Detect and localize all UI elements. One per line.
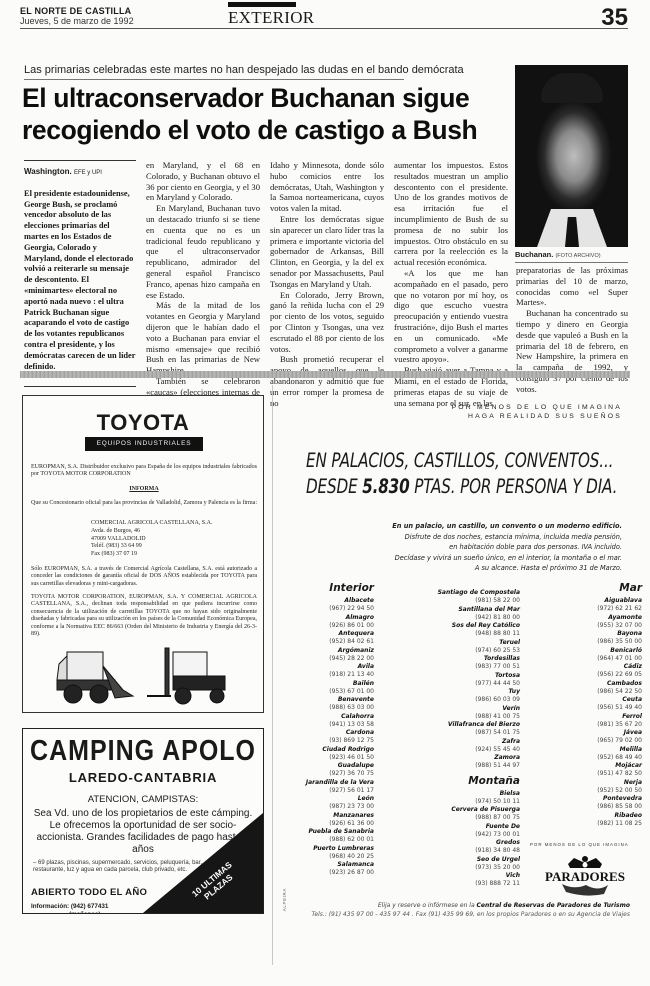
paradores-headline: EN PALACIOS, CASTILLOS, CONVENTOS... DES…: [306, 448, 563, 500]
parador-phone: (982) 11 08 25: [530, 820, 642, 829]
parador-name: Santiago de Compostela: [400, 589, 520, 597]
toyota-disclaimer: TOYOTA MOTOR CORPORATION, EUROPMAN, S.A.…: [31, 594, 257, 638]
paradores-mini-slogan: POR MENOS DE LO QUE IMAGINA: [530, 842, 629, 847]
parador-name: Zafra: [400, 738, 520, 746]
parador-phone: (926) 61 36 00: [290, 820, 374, 829]
parador-name: Puerto Lumbreras: [290, 845, 374, 853]
parador-name: Tortosa: [400, 672, 520, 680]
toyota-warranty: Sólo EUROPMAN, S.A. a través de Comercia…: [31, 566, 257, 588]
parador-phone: (93) 869 12 75: [290, 737, 374, 746]
lead-rule: [24, 386, 136, 387]
camping-features: – 69 plazas, piscinas, supermercado, ser…: [33, 860, 203, 875]
parador-name: Argómaniz: [290, 647, 374, 655]
logo-text: PARADORES: [545, 869, 625, 884]
parador-name: Aiguablava: [530, 597, 642, 605]
parador-name: Teruel: [400, 639, 520, 647]
camping-hours: (mañanas): [31, 911, 108, 914]
parador-name: Cádiz: [530, 663, 642, 671]
parador-phone: (927) 56 01 17: [290, 787, 374, 796]
parador-name: Santillana del Mar: [400, 606, 520, 614]
photo-hair-shape: [541, 73, 603, 103]
buchanan-photo: [515, 65, 628, 247]
parador-phone: (956) 22 69 05: [530, 671, 642, 680]
parador-phone: (974) 50 10 11: [400, 798, 520, 807]
paradores-logo: PARADORES: [544, 854, 626, 896]
parador-items: Santiago de Compostela(981) 58 22 00Sant…: [400, 589, 520, 771]
parador-phone: (942) 73 00 01: [400, 831, 520, 840]
parador-name: Benavente: [290, 696, 374, 704]
parador-name: Cardona: [290, 729, 374, 737]
parador-phone: (981) 35 67 20: [530, 721, 642, 730]
parador-name: Bailén: [290, 680, 374, 688]
parador-name: Bayona: [530, 630, 642, 638]
parador-list-interior-continued: Santiago de Compostela(981) 58 22 00Sant…: [400, 589, 520, 889]
parador-name: Puebla de Sanabria: [290, 828, 374, 836]
parador-phone: (965) 79 02 00: [530, 737, 642, 746]
parador-name: Ayamonte: [530, 614, 642, 622]
parador-phone: (981) 58 22 00: [400, 597, 520, 606]
parador-phone: (93) 888 72 11: [400, 880, 520, 889]
parador-name: Seo de Urgel: [400, 856, 520, 864]
toyota-informa: INFORMA: [31, 486, 257, 493]
photo-caption: Buchanan. (FOTO ARCHIVO): [515, 250, 628, 263]
headline-price: 5.830: [362, 475, 409, 498]
parador-phone: (977) 44 44 50: [400, 680, 520, 689]
slogan-line-2: HAGA REALIDAD SUS SUEÑOS: [452, 412, 622, 421]
parador-name: Manzanares: [290, 812, 374, 820]
parador-name: Tordesillas: [400, 655, 520, 663]
parador-name: Cambados: [530, 680, 642, 688]
parador-name: Ceuta: [530, 696, 642, 704]
parador-name: Vich: [400, 872, 520, 880]
parador-phone: (988) 41 00 75: [400, 713, 520, 722]
parador-phone: (987) 23 73 00: [290, 803, 374, 812]
toyota-tagline: EQUIPOS INDUSTRIALES: [85, 437, 203, 451]
article-paragraph: Bush prometió recuperar el apoyo de aque…: [270, 354, 384, 408]
group-title: Mar: [530, 582, 642, 594]
agency-credit: ALPEIRA: [282, 888, 287, 911]
parador-phone: (986) 54 22 50: [530, 688, 642, 697]
parador-phone: (951) 47 82 50: [530, 770, 642, 779]
footer-pre: Elija y reserve o infórmese en la: [378, 902, 477, 909]
parador-name: Ferrol: [530, 713, 642, 721]
parador-phone: (972) 62 21 62: [530, 605, 642, 614]
dateline: Washington. EFE y UPI: [24, 167, 136, 179]
parador-name: Cervera de Pisuerga: [400, 806, 520, 814]
parador-name: Jarandilla de la Vera: [290, 779, 374, 787]
parador-phone: (964) 47 01 00: [530, 655, 642, 664]
parador-phone: (918) 21 13 40: [290, 671, 374, 680]
body-line-1: En un palacio, un castillo, un convento …: [392, 521, 622, 532]
headline-pre: DESDE: [306, 475, 362, 498]
section-separator: [20, 371, 630, 378]
article-paragraph: preparatorias de las próximas primarias …: [516, 265, 628, 308]
camping-phone: Información: (942) 677431: [31, 903, 108, 911]
parador-name: Benicarló: [530, 647, 642, 655]
forklift-icon: [147, 648, 225, 704]
parador-phone: (942) 81 80 00: [400, 614, 520, 623]
parador-name: Pontevedra: [530, 795, 642, 803]
caption-credit: (FOTO ARCHIVO): [555, 253, 600, 259]
parador-phone: (973) 35 20 00: [400, 864, 520, 873]
slogan-line-1: POR MENOS DE LO QUE IMAGINA: [452, 403, 622, 412]
parador-phone: (988) 87 00 75: [400, 814, 520, 823]
parador-items: Aiguablava(972) 62 21 62Ayamonte(955) 32…: [530, 597, 642, 828]
camping-contact: Información: (942) 677431 (mañanas): [31, 903, 108, 914]
parador-name: Albacete: [290, 597, 374, 605]
parador-phone: (988) 51 44 97: [400, 762, 520, 771]
parador-name: Villafranca del Bierzo: [400, 721, 520, 729]
toyota-logo: TOYOTA: [23, 410, 263, 436]
paradores-footer-line-1: Elija y reserve o infórmese en la Centra…: [378, 902, 630, 909]
dealer-fax: Fax (983) 37 07 19: [91, 551, 251, 559]
parador-name: Bielsa: [400, 790, 520, 798]
paradores-footer-line-2: Tels.: (91) 435 97 00 - 435 97 44 . Fax …: [311, 911, 630, 918]
parador-name: Gredos: [400, 839, 520, 847]
parador-phone: (941) 13 03 58: [290, 721, 374, 730]
body-line-3: en habitación doble para dos personas. I…: [392, 542, 622, 553]
parador-phone: (986) 85 58 00: [530, 803, 642, 812]
parador-name: León: [290, 795, 374, 803]
dealer-street: Avda. de Burgos, 46: [91, 528, 251, 536]
masthead-rule: [20, 28, 628, 29]
group-title: Montaña: [400, 775, 520, 787]
caption-name: Buchanan.: [515, 250, 553, 259]
parador-name: Jávea: [530, 729, 642, 737]
article-paragraph: en Maryland, y el 68 en Colorado, y Buch…: [146, 160, 260, 203]
parador-phone: (986) 35 50 00: [530, 638, 642, 647]
camping-open-all-year: ABIERTO TODO EL AÑO: [31, 887, 147, 898]
parador-phone: (918) 34 80 48: [400, 847, 520, 856]
article-paragraph: Buchanan ha concentrado su tiempo y dine…: [516, 308, 628, 394]
group-title: Interior: [290, 582, 374, 594]
paradores-slogan: POR MENOS DE LO QUE IMAGINA HAGA REALIDA…: [452, 403, 622, 421]
dateline-agency: EFE y UPI: [74, 170, 102, 176]
headline-line-2: DESDE 5.830 PTAS. POR PERSONA Y DIA.: [306, 474, 563, 500]
parador-phone: (926) 86 01 00: [290, 622, 374, 631]
parador-phone: (923) 26 87 00: [290, 869, 374, 878]
parador-items: Albacete(967) 22 94 50Almagro(926) 86 01…: [290, 597, 374, 878]
article-paragraph: Entre los demócratas sigue sin aparecer …: [270, 214, 384, 290]
toyota-notice: Que su Concesionario oficial para las pr…: [31, 500, 257, 507]
forklift-and-loader-illustration: [37, 646, 253, 706]
parador-phone: (952) 68 49 40: [530, 754, 642, 763]
parador-phone: (952) 84 02 61: [290, 638, 374, 647]
article-paragraph: Idaho y Minnesota, donde sólo hubo comic…: [270, 160, 384, 214]
parador-name: Antequera: [290, 630, 374, 638]
parador-phone: (945) 28 22 00: [290, 655, 374, 664]
parador-name: Nerja: [530, 779, 642, 787]
dealer-name: COMERCIAL AGRICOLA CASTELLANA, S.A.: [91, 520, 251, 528]
parador-name: Mojácar: [530, 762, 642, 770]
article-headline: El ultraconservador Buchanan sigue recog…: [22, 82, 502, 146]
paradores-body: En un palacio, un castillo, un convento …: [392, 521, 622, 574]
newspaper-name: EL NORTE DE CASTILLA: [20, 6, 131, 16]
parador-phone: (924) 55 45 40: [400, 746, 520, 755]
article-paragraph: En Maryland, Buchanan tuvo un destacado …: [146, 203, 260, 300]
headline-post: PTAS. POR PERSONA Y DIA.: [410, 475, 618, 498]
parador-phone: (927) 36 70 75: [290, 770, 374, 779]
toyota-intro: EUROPMAN, S.A. Distribuidor exclusivo pa…: [31, 464, 257, 479]
toyota-advertisement: TOYOTA EQUIPOS INDUSTRIALES EUROPMAN, S.…: [22, 395, 264, 713]
parador-name: Ribadeo: [530, 812, 642, 820]
parador-phone: (967) 22 94 50: [290, 605, 374, 614]
camping-apolo-advertisement: CAMPING APOLO LAREDO-CANTABRIA ATENCION,…: [22, 728, 264, 914]
article-paragraph: Más de la mitad de los votantes en Georg…: [146, 300, 260, 376]
article-lead: El presidente estadounidense, George Bus…: [24, 189, 136, 373]
camping-location: LAREDO-CANTABRIA: [23, 770, 263, 785]
parador-name: Ciudad Rodrigo: [290, 746, 374, 754]
issue-date: Jueves, 5 de marzo de 1992: [20, 16, 134, 26]
column-divider: [272, 385, 273, 965]
parador-name: Sos del Rey Católico: [400, 622, 520, 630]
footer-bold: Central de Reservas de Paradores de Turi…: [477, 902, 630, 909]
article-column-1: Washington. EFE y UPI El presidente esta…: [24, 160, 136, 419]
parador-phone: (923) 46 01 50: [290, 754, 374, 763]
camping-title: CAMPING APOLO: [23, 735, 263, 768]
parador-phone: (988) 63 03 00: [290, 704, 374, 713]
parador-phone: (974) 60 25 53: [400, 647, 520, 656]
parador-list-mar: Mar Aiguablava(972) 62 21 62Ayamonte(955…: [530, 582, 642, 828]
parador-name: Verín: [400, 705, 520, 713]
parador-name: Avila: [290, 663, 374, 671]
parador-name: Fuente De: [400, 823, 520, 831]
parador-name: Salamanca: [290, 861, 374, 869]
crown-icon: [568, 856, 602, 868]
parador-phone: (988) 62 00 01: [290, 836, 374, 845]
section-name: EXTERIOR: [228, 8, 314, 28]
parador-phone: (953) 67 01 00: [290, 688, 374, 697]
article-kicker: Las primarias celebradas este martes no …: [24, 64, 404, 80]
parador-phone: (956) 51 49 40: [530, 704, 642, 713]
parador-phone: (983) 77 00 51: [400, 663, 520, 672]
parador-name: Melilla: [530, 746, 642, 754]
parador-phone: (987) 54 01 75: [400, 729, 520, 738]
parador-phone: (948) 88 80 11: [400, 630, 520, 639]
camping-attention: ATENCION, CAMPISTAS:: [23, 794, 263, 805]
parador-name: Tuy: [400, 688, 520, 696]
article-paragraph: «A los que me han acompañado en el pasad…: [394, 268, 508, 365]
headline-line-1: EN PALACIOS, CASTILLOS, CONVENTOS...: [306, 448, 563, 474]
parador-phone: (955) 32 07 00: [530, 622, 642, 631]
parador-phone: (968) 40 20 25: [290, 853, 374, 862]
parador-name: Guadalupe: [290, 762, 374, 770]
parador-phone: (986) 60 03 09: [400, 696, 520, 705]
skid-steer-loader-icon: [57, 652, 133, 703]
parador-name: Almagro: [290, 614, 374, 622]
parador-name: Calahorra: [290, 713, 374, 721]
body-line-5: A su alcance. Hasta el próximo 31 de Mar…: [392, 563, 622, 574]
body-line-4: Decídase y vivirá un sueño único, en el …: [392, 553, 622, 564]
body-line-2: Disfrute de dos noches, estancia mínima,…: [392, 532, 622, 543]
article-paragraph: En Colorado, Jerry Brown, ganó la reñida…: [270, 290, 384, 355]
parador-list-interior: Interior Albacete(967) 22 94 50Almagro(9…: [290, 582, 374, 878]
dateline-rule: [24, 160, 136, 161]
parador-items: Bielsa(974) 50 10 11Cervera de Pisuerga(…: [400, 790, 520, 889]
article-paragraph: aumentar los impuestos. Estos resultados…: [394, 160, 508, 268]
parador-phone: (952) 52 00 50: [530, 787, 642, 796]
section-bar: [228, 2, 296, 7]
dealer-address: COMERCIAL AGRICOLA CASTELLANA, S.A. Avda…: [91, 520, 251, 559]
dateline-city: Washington.: [24, 167, 72, 176]
parador-name: Zamora: [400, 754, 520, 762]
